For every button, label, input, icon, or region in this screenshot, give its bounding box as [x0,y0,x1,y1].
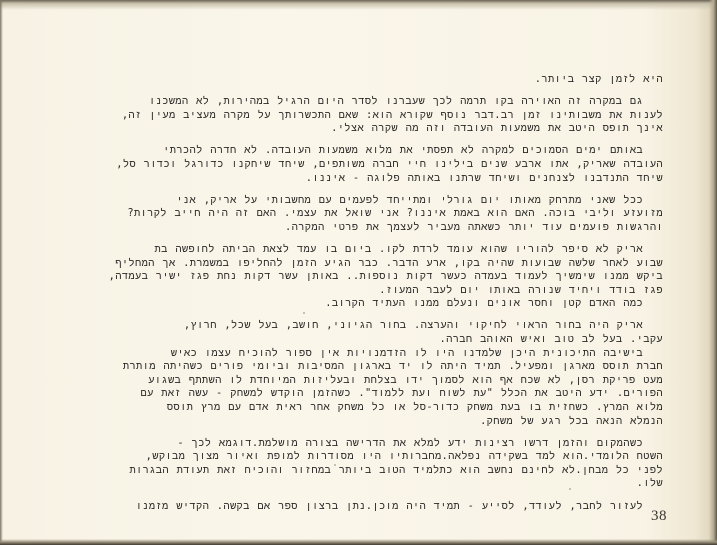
page-edge-top [0,0,717,10]
text-line: לענות את משבותינו זמן רב.דבר נוסף שקורא … [98,109,663,123]
paragraph: כשהמקום והזמן דרשו רצינות ידע למלא את הד… [98,437,663,491]
text-line: פגז בודד ויחיד שנורה באותו יום לעבר המעו… [98,284,663,298]
text-line: אריק היה בחור הראוי לחיקוי והערצה. בחור … [98,319,663,333]
text-line: בישיבה התיכונית היכן שלמדנו היו לו הזדמנ… [98,347,663,361]
scanned-page: היא לזמן קצר ביותר.גם במקרה זה האוירה בק… [0,0,717,545]
page-edge-right [709,0,717,545]
text-line: עקבי. בעל לב טוב ואיש האוהב חברה. [98,333,663,347]
paragraph: ככל שאני מתרחק מאותו יום גורלי ומתייחד ל… [98,194,663,235]
page-number: 38 [651,508,667,525]
text-line: באותם ימים הסמוכים למקרה לא תפסתי את מלו… [98,144,663,158]
paragraph: היא לזמן קצר ביותר. [98,73,663,87]
text-line: לעזור לחבר, לעודד, לסייע - תמיד היה מוכן… [98,500,663,514]
text-line: והרגשות פועמים עוד יותר כשאתה מעביר לעצמ… [98,221,663,235]
page-edge-bottom [0,539,717,545]
text-line: מזועזע וליבי בוכה. האם הוא באמת איננו? א… [98,207,663,221]
text-line: ביקש ממנו שימשיך לעמוד בעמדה כעשר דקות נ… [98,270,663,284]
text-line: חברת תוסס מארגן ומפעיל. תמיד היתה לו יד … [98,360,663,374]
text-line: השטח הלומדי.הוא למד בשקידה נפלאה.מחברותי… [98,450,663,464]
paragraph: גם במקרה זה האוירה בקו תרמה לכך שעברנו ל… [98,95,663,136]
paragraph: אריק לא סיפר להוריו שהוא עומד לרדת לקו. … [98,243,663,311]
typewritten-text-body: היא לזמן קצר ביותר.גם במקרה זה האוירה בק… [98,73,663,522]
paragraph: באותם ימים הסמוכים למקרה לא תפסתי את מלו… [98,144,663,185]
text-line: הנמלא הנאה בכל רגע של משחק. [98,415,663,429]
text-line: לפני כל מבחן.לא לחינם נחשב הוא כתלמיד הט… [98,464,663,478]
text-line: שבוע לאחר שלשה שבועות שהיה בקו, ארע הדבר… [98,257,663,271]
text-line: הפורים. ידע היטב את הכלל "עת לשוח ועת לל… [98,387,663,401]
paragraph: אריק היה בחור הראוי לחיקוי והערצה. בחור … [98,319,663,428]
text-line: אריק לא סיפר להוריו שהוא עומד לרדת לקו. … [98,243,663,257]
text-line: אינך תופס היטב את משמעות העובדה וזה מה ש… [98,122,663,136]
text-line: שיחד התנדבנו לצנחנים ושיחד שרתנו באותה פ… [98,172,663,186]
text-line: כמה האדם קטן וחסר אונים ונעלם ממנו העתיד… [98,297,663,311]
text-line: העובדה שאריק, אתו ארבע שנים בילינו חיי ח… [98,158,663,172]
text-line: מלוא המרץ. כשחזית בו בעת משחק כדור-סל או… [98,401,663,415]
text-line: כשהמקום והזמן דרשו רצינות ידע למלא את הד… [98,437,663,451]
text-line: גם במקרה זה האוירה בקו תרמה לכך שעברנו ל… [98,95,663,109]
text-line: ככל שאני מתרחק מאותו יום גורלי ומתייחד ל… [98,194,663,208]
paragraph: לעזור לחבר, לעודד, לסייע - תמיד היה מוכן… [98,500,663,514]
page-edge-left [0,0,3,545]
text-line: מעט פריקת רסן, לא שכח אף הוא לסמוך ידו ב… [98,374,663,388]
text-line: שלו. [98,477,663,491]
text-line: היא לזמן קצר ביותר. [98,73,663,87]
